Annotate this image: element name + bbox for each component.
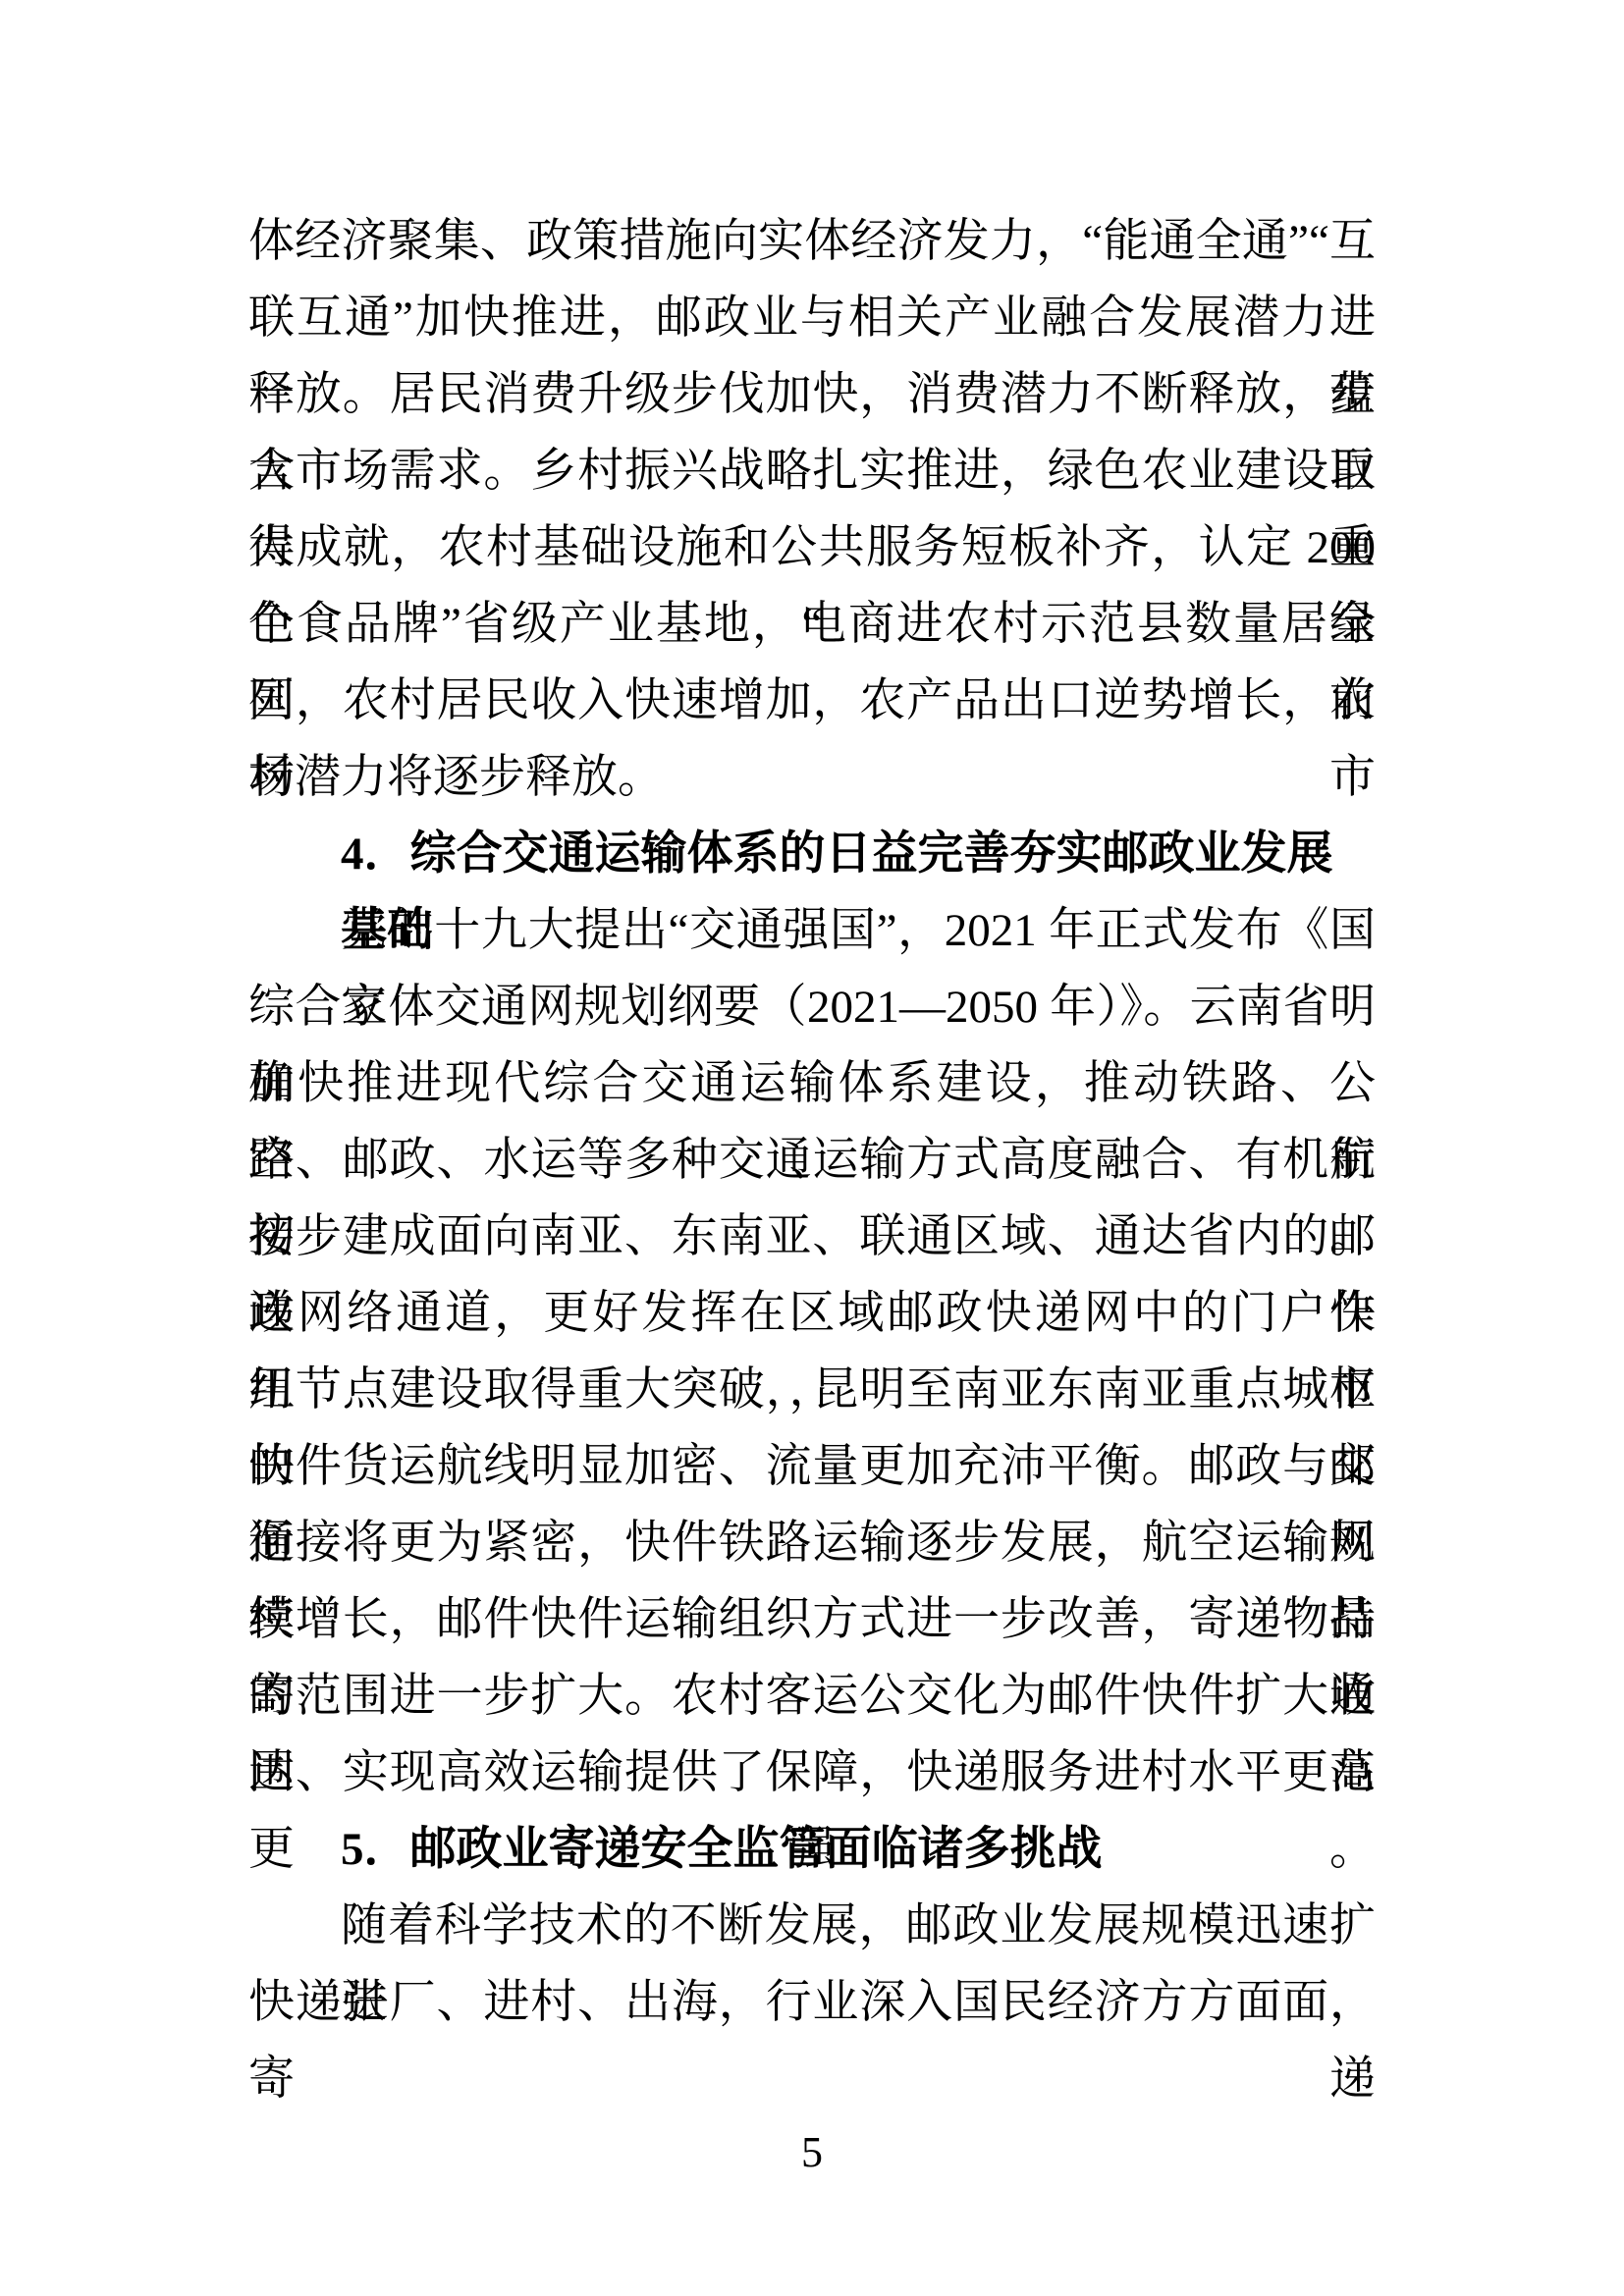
text-line: 加快推进现代综合交通运输体系建设，推动铁路、公路、航 bbox=[248, 1045, 1376, 1122]
text-line: 空、邮政、水运等多种交通运输方式高度融合、有机衔接。 bbox=[248, 1122, 1376, 1199]
text-line: 围、实现高效运输提供了保障，快递服务进村水平更高更强。 bbox=[248, 1735, 1376, 1811]
text-line: 体经济聚集、政策措施向实体经济发力，“能通全通”“互 bbox=[248, 203, 1376, 280]
text-line: 大市场需求。乡村振兴战略扎实推进，绿色农业建设取得重 bbox=[248, 433, 1376, 509]
section-heading: 4．综合交通运输体系的日益完善夯实邮政业发展基础 bbox=[248, 816, 1376, 892]
document-page: 体经济聚集、政策措施向实体经济发力，“能通全通”“互联互通”加快推进，邮政业与相… bbox=[0, 0, 1624, 2296]
text-line: 列，农村居民收入快速增加，农产品出口逆势增长，农村市 bbox=[248, 663, 1376, 739]
text-line: 综合立体交通网规划纲要（2021—2050 年）》。云南省明确 bbox=[248, 969, 1376, 1045]
document-body: 体经济聚集、政策措施向实体经济发力，“能通全通”“互联互通”加快推进，邮政业与相… bbox=[248, 203, 1376, 2041]
text-line: 党的十九大提出“交通强国”，2021 年正式发布《国家 bbox=[248, 892, 1376, 969]
page-number: 5 bbox=[0, 2122, 1624, 2183]
text-line: 大成就，农村基础设施和公共服务短板补齐，认定 200 个“绿 bbox=[248, 509, 1376, 586]
text-line: 联互通”加快推进，邮政业与相关产业融合发展潜力进一步 bbox=[248, 280, 1376, 356]
text-line: 释放。居民消费升级步伐加快，消费潜力不断释放，蕴含巨 bbox=[248, 356, 1376, 433]
text-line: 快件货运航线明显加密、流量更加充沛平衡。邮政与交通网 bbox=[248, 1428, 1376, 1505]
text-line: 快递进厂、进村、出海，行业深入国民经济方方面面，寄递 bbox=[248, 1964, 1376, 2041]
text-line: 衔接将更为紧密，快件铁路运输逐步发展，航空运输规模持 bbox=[248, 1505, 1376, 1581]
text-line: 续增长，邮件快件运输组织方式进一步改善，寄递物品的收 bbox=[248, 1581, 1376, 1658]
text-line: 寄范围进一步扩大。农村客运公交化为邮件快件扩大通达范 bbox=[248, 1658, 1376, 1735]
text-line: 递网络通道，更好发挥在区域邮政快递网中的门户作用，枢 bbox=[248, 1275, 1376, 1352]
text-line: 随着科学技术的不断发展，邮政业发展规模迅速扩张， bbox=[248, 1888, 1376, 1964]
text-line: 初步建成面向南亚、东南亚、联通区域、通达省内的邮政快 bbox=[248, 1199, 1376, 1275]
text-line: 纽节点建设取得重大突破，昆明至南亚东南亚重点城市的邮 bbox=[248, 1352, 1376, 1428]
text-line: 色食品牌”省级产业基地，电商进农村示范县数量居全国前 bbox=[248, 586, 1376, 663]
